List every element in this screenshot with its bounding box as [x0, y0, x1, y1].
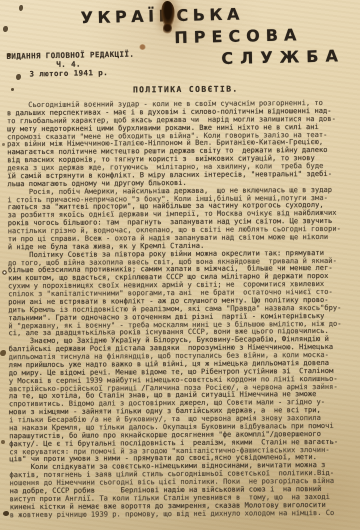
masthead-title-line2: ПРЕСОВА — [174, 26, 302, 46]
page-content: УКРАЇНСЬКА ПРЕСОВА СЛУЖБА ВИДАННЯ ГОЛОВН… — [0, 0, 360, 530]
masthead-title-line3: СЛУЖБА — [221, 47, 345, 67]
article-body: Сьогоднішній воєнний зудар - коли не в с… — [7, 99, 358, 519]
scanned-page: УКРАЇНСЬКА ПРЕСОВА СЛУЖБА ВИДАННЯ ГОЛОВН… — [0, 0, 360, 530]
edition-block: ВИДАННЯ ГОЛОВНОЇ РЕДАКЦІЇ. Ч. 4. 3 лютог… — [6, 50, 130, 79]
article-heading: ПОЛІТИКА СОВЄТІВ. — [0, 84, 360, 96]
masthead-title-line1: УКРАЇНСЬКА — [80, 6, 244, 27]
body-line: в жовтневу річницю 1939 р. промову, що в… — [10, 508, 358, 518]
